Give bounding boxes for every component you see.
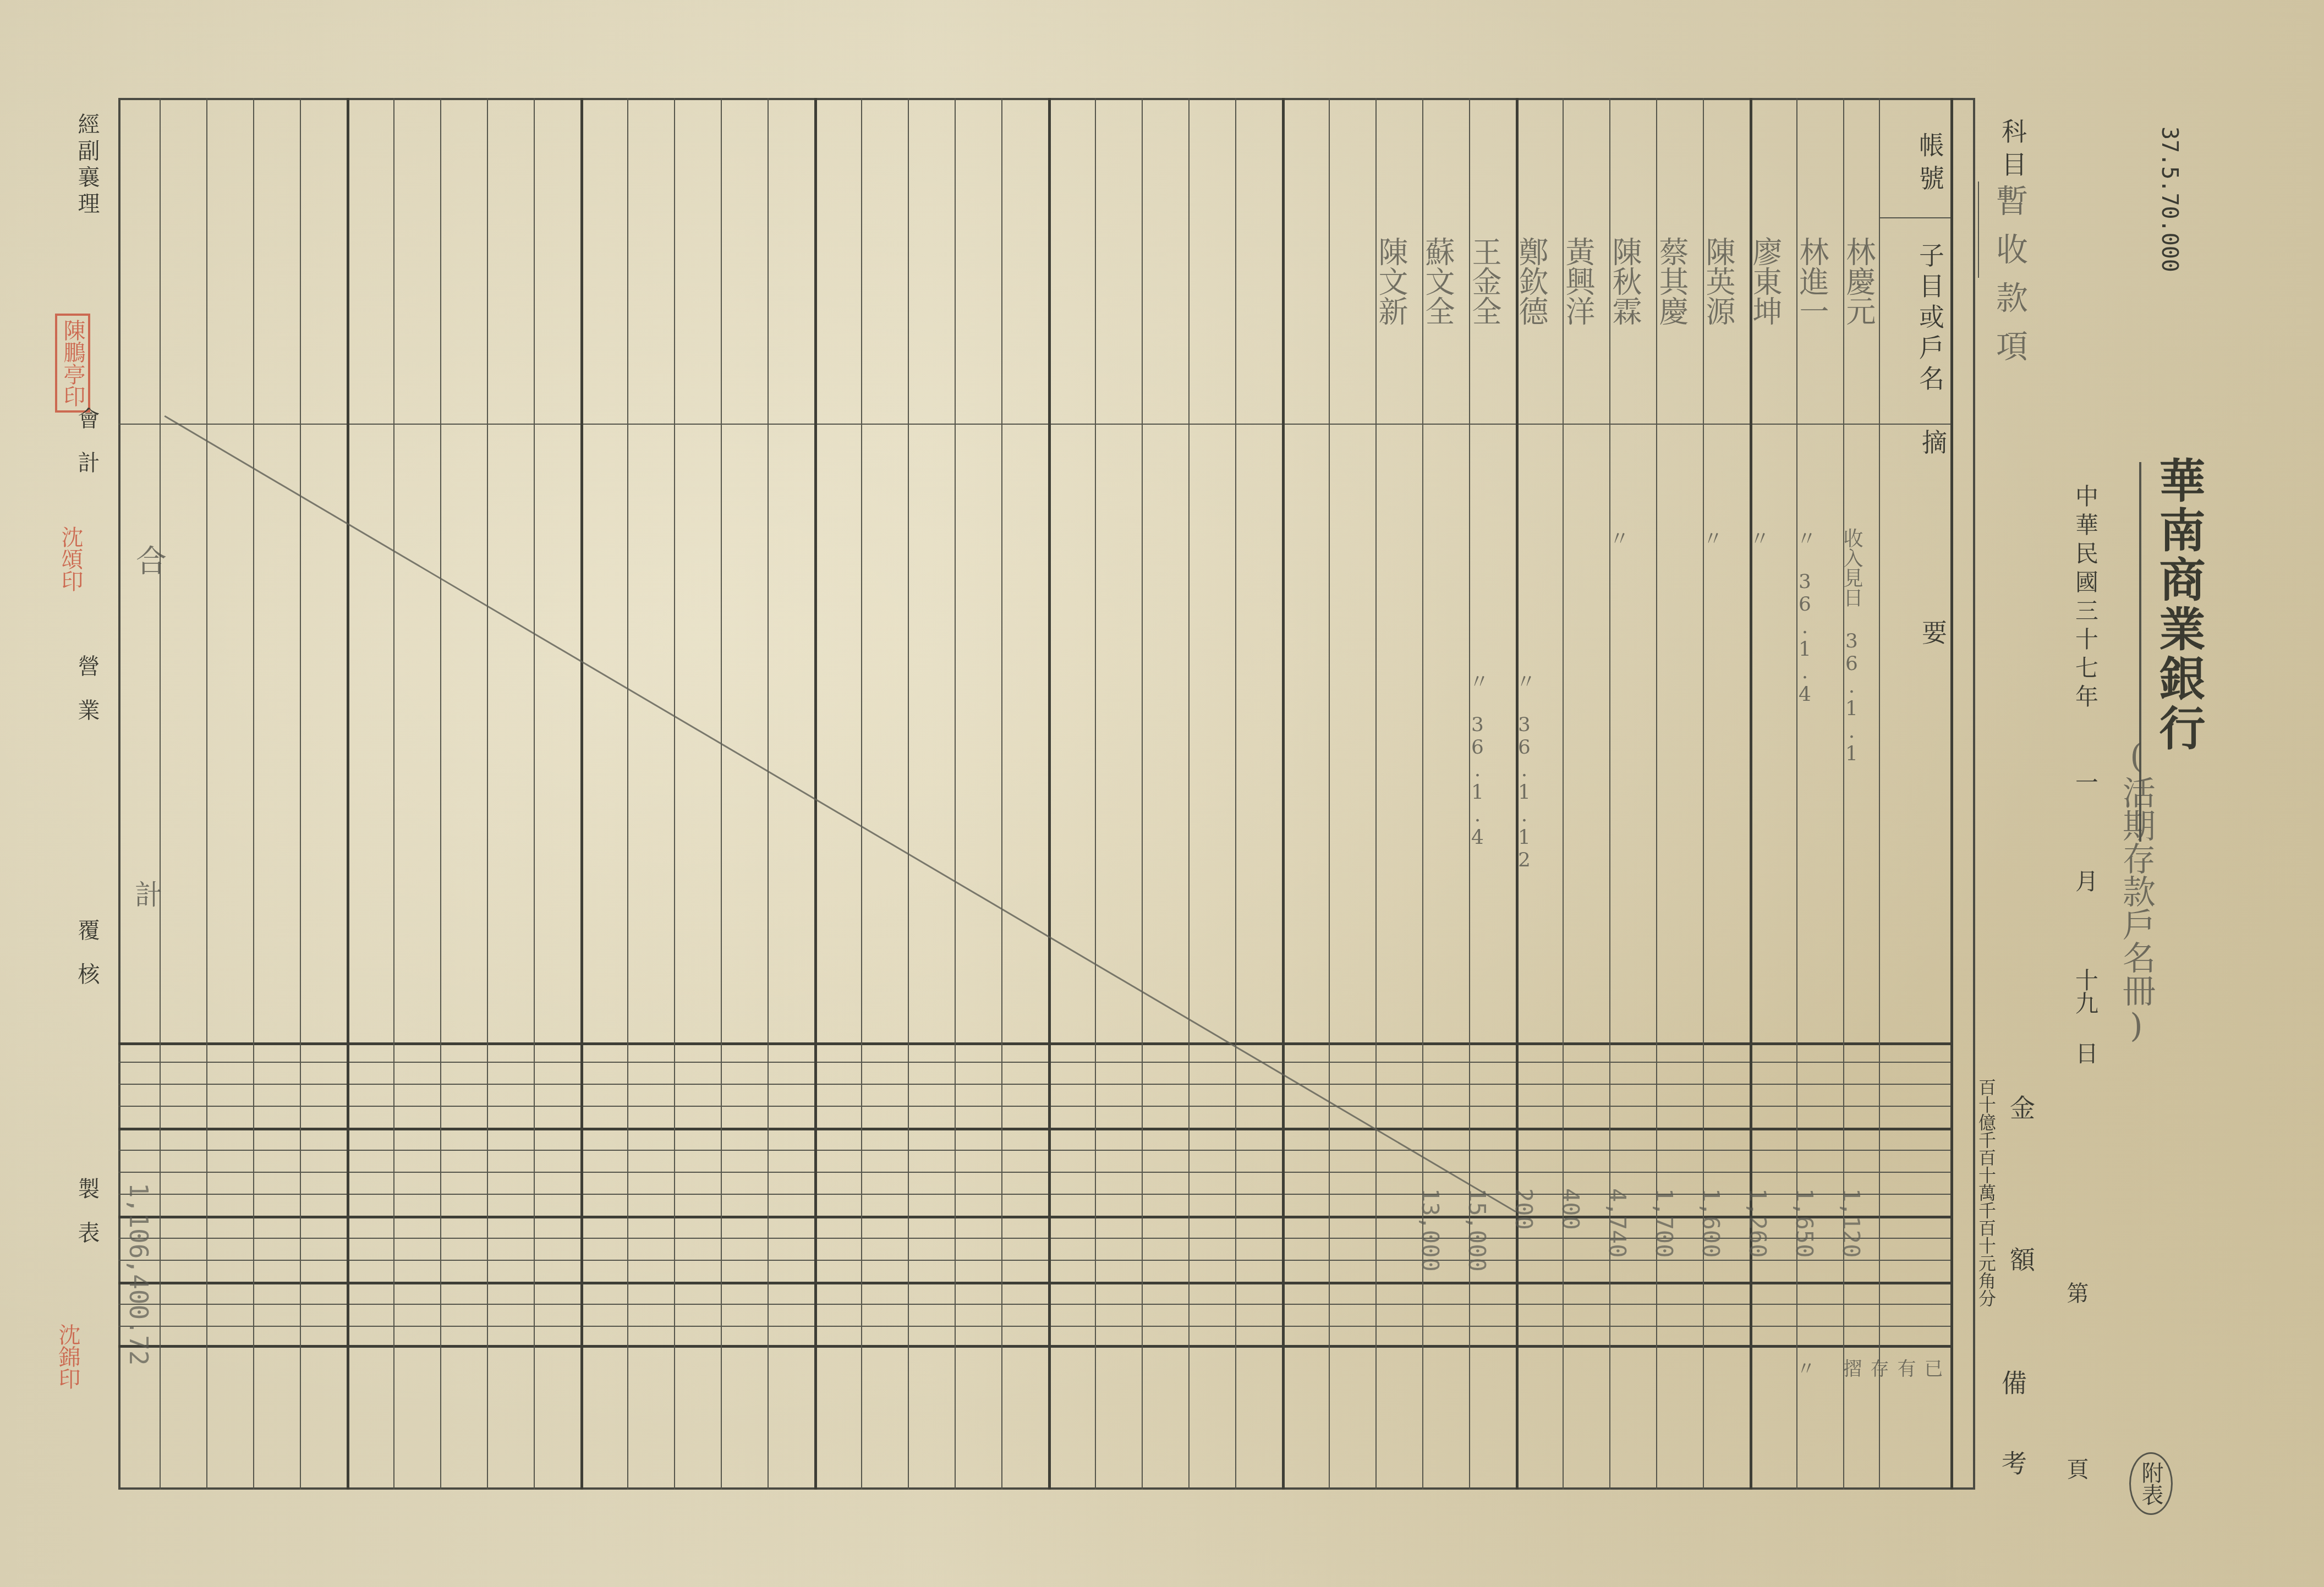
attachment-mark: 附表: [2129, 1452, 2173, 1515]
date-day-unit: 日: [2072, 1041, 2099, 1064]
row-line: [1048, 98, 1051, 1490]
page-label-prefix: 第: [2060, 1282, 2092, 1304]
header-remarks: 備考: [1994, 1370, 2031, 1530]
entry-amount: 1,260: [1744, 1188, 1771, 1257]
row-line: [955, 98, 956, 1490]
row-line: [253, 98, 254, 1490]
entry-amount: 200: [1510, 1188, 1537, 1230]
entry-remark: 已有存摺: [1838, 1359, 1945, 1377]
entry-summary: 〃: [1604, 528, 1632, 548]
row-line: [160, 98, 161, 1490]
row-line: [580, 98, 583, 1490]
digit-hundred: 百: [1976, 1219, 1997, 1237]
date-month-unit: 月: [2072, 869, 2099, 892]
entry-amount: 15,000: [1464, 1188, 1490, 1272]
digit-billion: 億: [1976, 1113, 1997, 1131]
row-line: [908, 98, 909, 1490]
entry-amount: 1,120: [1838, 1188, 1865, 1257]
entry-summary: 〃 36.1.4: [1464, 671, 1492, 849]
row-line: [861, 98, 862, 1490]
entry-summary: 〃 36.1.12: [1510, 671, 1538, 871]
total-label: 合: [127, 545, 171, 575]
digit-thousand: 千: [1976, 1201, 1997, 1219]
header-sub-item: 子目或戶名: [1912, 242, 1948, 396]
total-sub-label: 計: [127, 880, 166, 908]
total-amount: 1,106,400.72: [124, 1183, 154, 1365]
digit-header-list: 百十億千百十萬千百十元角分: [1975, 1078, 1997, 1307]
entry-summary: 〃: [1744, 528, 1772, 548]
entry-amount: 13,000: [1417, 1188, 1444, 1272]
digit-ten-million: 百: [1976, 1149, 1997, 1166]
entry-amount: 1,650: [1791, 1188, 1818, 1257]
row-line: [814, 98, 817, 1490]
stamp-preparer: 沈錦印: [52, 1320, 83, 1393]
subject-value: 暫收款項: [1986, 184, 2032, 378]
subject-label: 科目: [1994, 118, 2031, 184]
form-title-handwritten: (活期存款戶名冊): [2113, 737, 2160, 1045]
digit-jiao: 角: [1976, 1272, 1997, 1289]
entry-name: 蘇文全: [1417, 237, 1459, 326]
row-line: [1142, 98, 1143, 1490]
entry-amount: 4,740: [1604, 1188, 1631, 1257]
digit-hundred-million: 千: [1976, 1131, 1997, 1149]
signature-label-review: 覆核: [72, 919, 103, 1007]
entry-remark: 〃: [1791, 1359, 1818, 1377]
row-line: [1001, 98, 1002, 1490]
digit-ten-billion: 十: [1976, 1096, 1997, 1113]
date-line: 中華民國三十七年: [2069, 484, 2102, 713]
entries: 林慶元 收入見日 36.1.1 1,120 已有存摺 林進一 〃 36.1.4 …: [1375, 231, 1882, 1276]
row-line: [674, 98, 675, 1490]
signature-label-accounting: 會計: [72, 407, 103, 495]
entry-name: 陳文新: [1370, 237, 1412, 326]
entry-name: 廖東坤: [1744, 237, 1786, 326]
date-year: 三十七: [2072, 598, 2099, 684]
subject-rule: [1978, 182, 1979, 278]
entry-name: 黃興洋: [1557, 237, 1599, 326]
stamp-manager: 陳鵬亭印: [55, 314, 90, 413]
entry-summary: 〃 36.1.4: [1791, 528, 1819, 706]
entry-name: 林慶元: [1838, 237, 1880, 326]
amount-digit-headers: 百十億千百十萬千百十元角分: [1975, 1078, 2014, 1307]
entry-name: 鄭欽德: [1510, 237, 1553, 326]
page-label-suffix: 頁: [2060, 1458, 2092, 1480]
row-line: [347, 98, 349, 1490]
signature-label-manager: 經副襄理: [72, 113, 103, 218]
entry-name: 陳秋霖: [1604, 237, 1646, 326]
row-line: [534, 98, 535, 1490]
date-era: 中華民國: [2072, 484, 2099, 598]
row-line: [1235, 98, 1236, 1490]
date-month-group: 一 月 十九 日: [2069, 770, 2102, 1064]
row-line: [393, 98, 394, 1490]
header-rule-1: [1879, 217, 1950, 218]
entry-name: 王金全: [1464, 237, 1506, 326]
digit-hundred-billion: 百: [1976, 1078, 1997, 1096]
header-account-no: 帳號: [1912, 132, 1948, 198]
entry-summary: 收入見日 36.1.1: [1838, 528, 1866, 765]
row-line: [1329, 98, 1330, 1490]
row-line: [627, 98, 628, 1490]
row-line: [300, 98, 301, 1490]
digit-yuan: 元: [1976, 1254, 1997, 1272]
row-line: [1095, 98, 1096, 1490]
signature-label-business: 營業: [72, 655, 103, 743]
digit-million: 十: [1976, 1166, 1997, 1184]
signature-label-preparer: 製表: [72, 1177, 103, 1265]
row-line: [768, 98, 769, 1490]
date-month: 一: [2072, 770, 2099, 793]
date-year-unit: 年: [2072, 684, 2099, 713]
row-line: [487, 98, 488, 1490]
digit-ten-thousand: 萬: [1976, 1184, 1997, 1201]
entry-name: 陳英源: [1697, 237, 1740, 326]
entry-summary: 〃: [1697, 528, 1725, 548]
entry-amount: 1,700: [1651, 1188, 1678, 1257]
form-code: 37.5.70.000: [2157, 127, 2182, 272]
row-line: [721, 98, 722, 1490]
row-line: [1282, 98, 1285, 1490]
entry-name: 林進一: [1791, 237, 1833, 326]
stamp-accounting: 沈頌印: [55, 523, 86, 595]
entry-name: 蔡其慶: [1651, 237, 1693, 326]
entry-amount: 1,600: [1697, 1188, 1724, 1257]
row-line: [1188, 98, 1190, 1490]
digit-ten: 十: [1976, 1237, 1997, 1254]
row-line: [206, 98, 207, 1490]
header-summary: 摘要: [1915, 429, 1951, 810]
entry-amount: 400: [1557, 1188, 1584, 1230]
digit-fen: 分: [1976, 1289, 1997, 1307]
row-line: [440, 98, 441, 1490]
bank-name: 華南商業銀行: [2146, 457, 2212, 754]
date-day: 十九: [2072, 968, 2099, 1014]
